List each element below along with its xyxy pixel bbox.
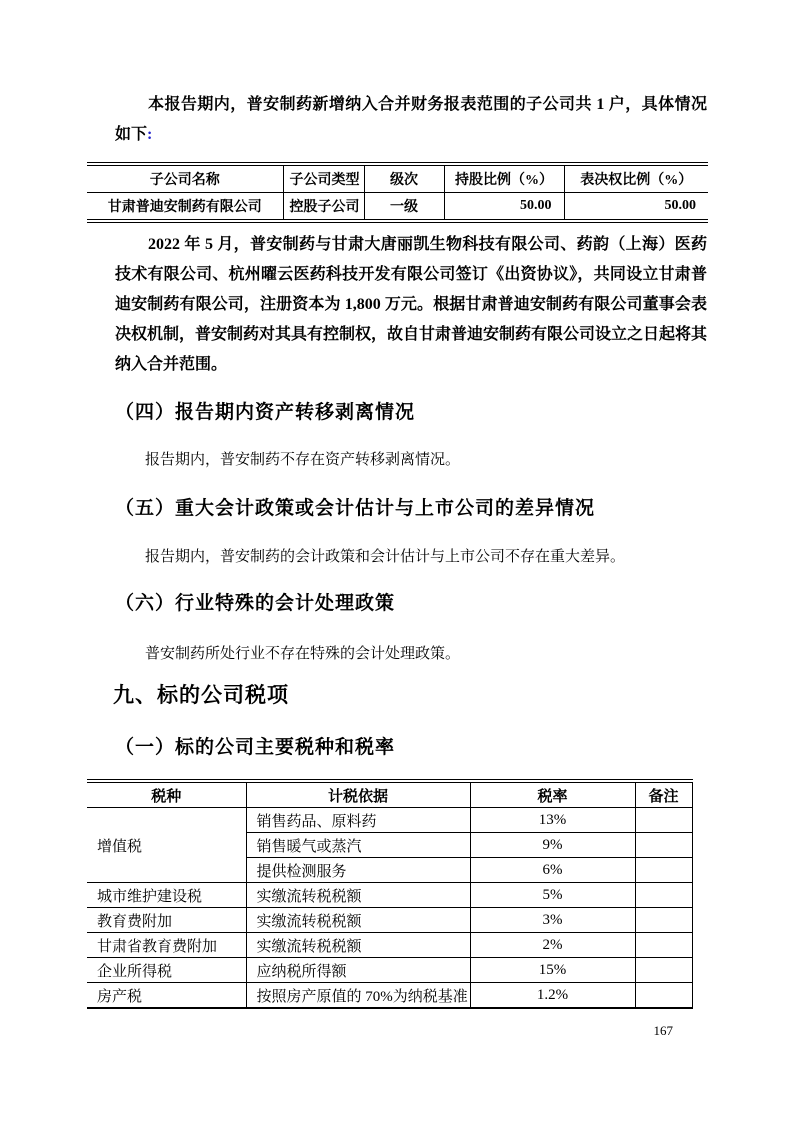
establishment-paragraph: 2022 年 5 月，普安制药与甘肃大唐丽凯生物科技有限公司、药韵（上海）医药技… (115, 230, 707, 380)
section-heading-six: （六）行业特殊的会计处理政策 (115, 592, 707, 616)
tax-header-type: 税种 (87, 781, 246, 808)
tax-row-gansu-education-surcharge: 甘肃省教育费附加 实缴流转税税额 2% (87, 933, 692, 958)
subsidiary-header-voting-ratio: 表决权比例（%） (564, 164, 708, 193)
tax-basis-cell: 销售暖气或蒸汽 (246, 833, 470, 858)
subsidiary-table-header-row: 子公司名称 子公司类型 级次 持股比例（%） 表决权比例（%） (87, 164, 708, 193)
tax-note-cell (635, 883, 692, 908)
intro-paragraph-colon: : (147, 126, 152, 143)
tax-row-corporate-income: 企业所得税 应纳税所得额 15% (87, 958, 692, 983)
page-number: 167 (87, 1023, 707, 1039)
subsidiary-level-cell: 一级 (364, 193, 444, 222)
tax-basis-cell: 实缴流转税税额 (246, 933, 470, 958)
tax-header-basis: 计税依据 (246, 781, 470, 808)
subsidiary-header-level: 级次 (364, 164, 444, 193)
tax-type-cell: 教育费附加 (87, 908, 246, 933)
tax-header-note: 备注 (635, 781, 692, 808)
tax-row-urban-construction: 城市维护建设税 实缴流转税税额 5% (87, 883, 692, 908)
tax-rate-cell: 3% (470, 908, 635, 933)
tax-basis-cell: 销售药品、原料药 (246, 808, 470, 833)
tax-rate-cell: 13% (470, 808, 635, 833)
section-body-six: 普安制药所处行业不存在特殊的会计处理政策。 (115, 643, 707, 665)
tax-basis-cell: 应纳税所得额 (246, 958, 470, 983)
subsidiary-voting-ratio-cell: 50.00 (564, 193, 708, 222)
subsidiary-table: 子公司名称 子公司类型 级次 持股比例（%） 表决权比例（%） 甘肃普迪安制药有… (87, 162, 708, 223)
subsidiary-table-row: 甘肃普迪安制药有限公司 控股子公司 一级 50.00 50.00 (87, 193, 708, 222)
tax-basis-cell: 按照房产原值的 70%为纳税基准 (246, 983, 470, 1009)
report-page: 本报告期内，普安制药新增纳入合并财务报表范围的子公司共 1 户，具体情况如下: … (0, 0, 793, 1122)
tax-header-rate: 税率 (470, 781, 635, 808)
tax-table: 税种 计税依据 税率 备注 增值税 销售药品、原料药 13% 销售暖气或蒸汽 9… (87, 779, 693, 1009)
tax-note-cell (635, 933, 692, 958)
tax-rate-cell: 2% (470, 933, 635, 958)
tax-rate-cell: 15% (470, 958, 635, 983)
tax-basis-cell: 提供检测服务 (246, 858, 470, 883)
intro-paragraph: 本报告期内，普安制药新增纳入合并财务报表范围的子公司共 1 户，具体情况如下: (115, 90, 707, 150)
subsidiary-share-ratio-cell: 50.00 (444, 193, 564, 222)
tax-type-cell: 企业所得税 (87, 958, 246, 983)
subsidiary-name-cell: 甘肃普迪安制药有限公司 (87, 193, 283, 222)
intro-paragraph-text: 本报告期内，普安制药新增纳入合并财务报表范围的子公司共 1 户，具体情况如下 (115, 96, 707, 143)
tax-rate-cell: 1.2% (470, 983, 635, 1009)
tax-note-cell (635, 908, 692, 933)
tax-type-cell: 城市维护建设税 (87, 883, 246, 908)
subsidiary-type-cell: 控股子公司 (283, 193, 364, 222)
tax-note-cell (635, 833, 692, 858)
chapter-nine-heading: 九、标的公司税项 (113, 683, 707, 709)
tax-note-cell (635, 858, 692, 883)
tax-basis-cell: 实缴流转税税额 (246, 908, 470, 933)
chapter-nine-sub-heading: （一）标的公司主要税种和税率 (115, 736, 707, 760)
tax-type-cell: 甘肃省教育费附加 (87, 933, 246, 958)
tax-basis-cell: 实缴流转税税额 (246, 883, 470, 908)
tax-rate-cell: 6% (470, 858, 635, 883)
tax-type-cell: 房产税 (87, 983, 246, 1009)
tax-row-vat-1: 增值税 销售药品、原料药 13% (87, 808, 692, 833)
tax-note-cell (635, 808, 692, 833)
tax-note-cell (635, 958, 692, 983)
subsidiary-header-share-ratio: 持股比例（%） (444, 164, 564, 193)
tax-type-cell-vat: 增值税 (87, 808, 246, 883)
tax-table-header-row: 税种 计税依据 税率 备注 (87, 781, 692, 808)
subsidiary-header-name: 子公司名称 (87, 164, 283, 193)
section-body-four: 报告期内，普安制药不存在资产转移剥离情况。 (115, 449, 707, 471)
tax-row-property: 房产税 按照房产原值的 70%为纳税基准 1.2% (87, 983, 692, 1009)
tax-rate-cell: 9% (470, 833, 635, 858)
tax-row-education-surcharge: 教育费附加 实缴流转税税额 3% (87, 908, 692, 933)
section-heading-five: （五）重大会计政策或会计估计与上市公司的差异情况 (115, 497, 707, 521)
section-heading-four: （四）报告期内资产转移剥离情况 (115, 401, 707, 425)
tax-note-cell (635, 983, 692, 1009)
subsidiary-header-type: 子公司类型 (283, 164, 364, 193)
section-body-five: 报告期内，普安制药的会计政策和会计估计与上市公司不存在重大差异。 (115, 546, 707, 568)
tax-rate-cell: 5% (470, 883, 635, 908)
